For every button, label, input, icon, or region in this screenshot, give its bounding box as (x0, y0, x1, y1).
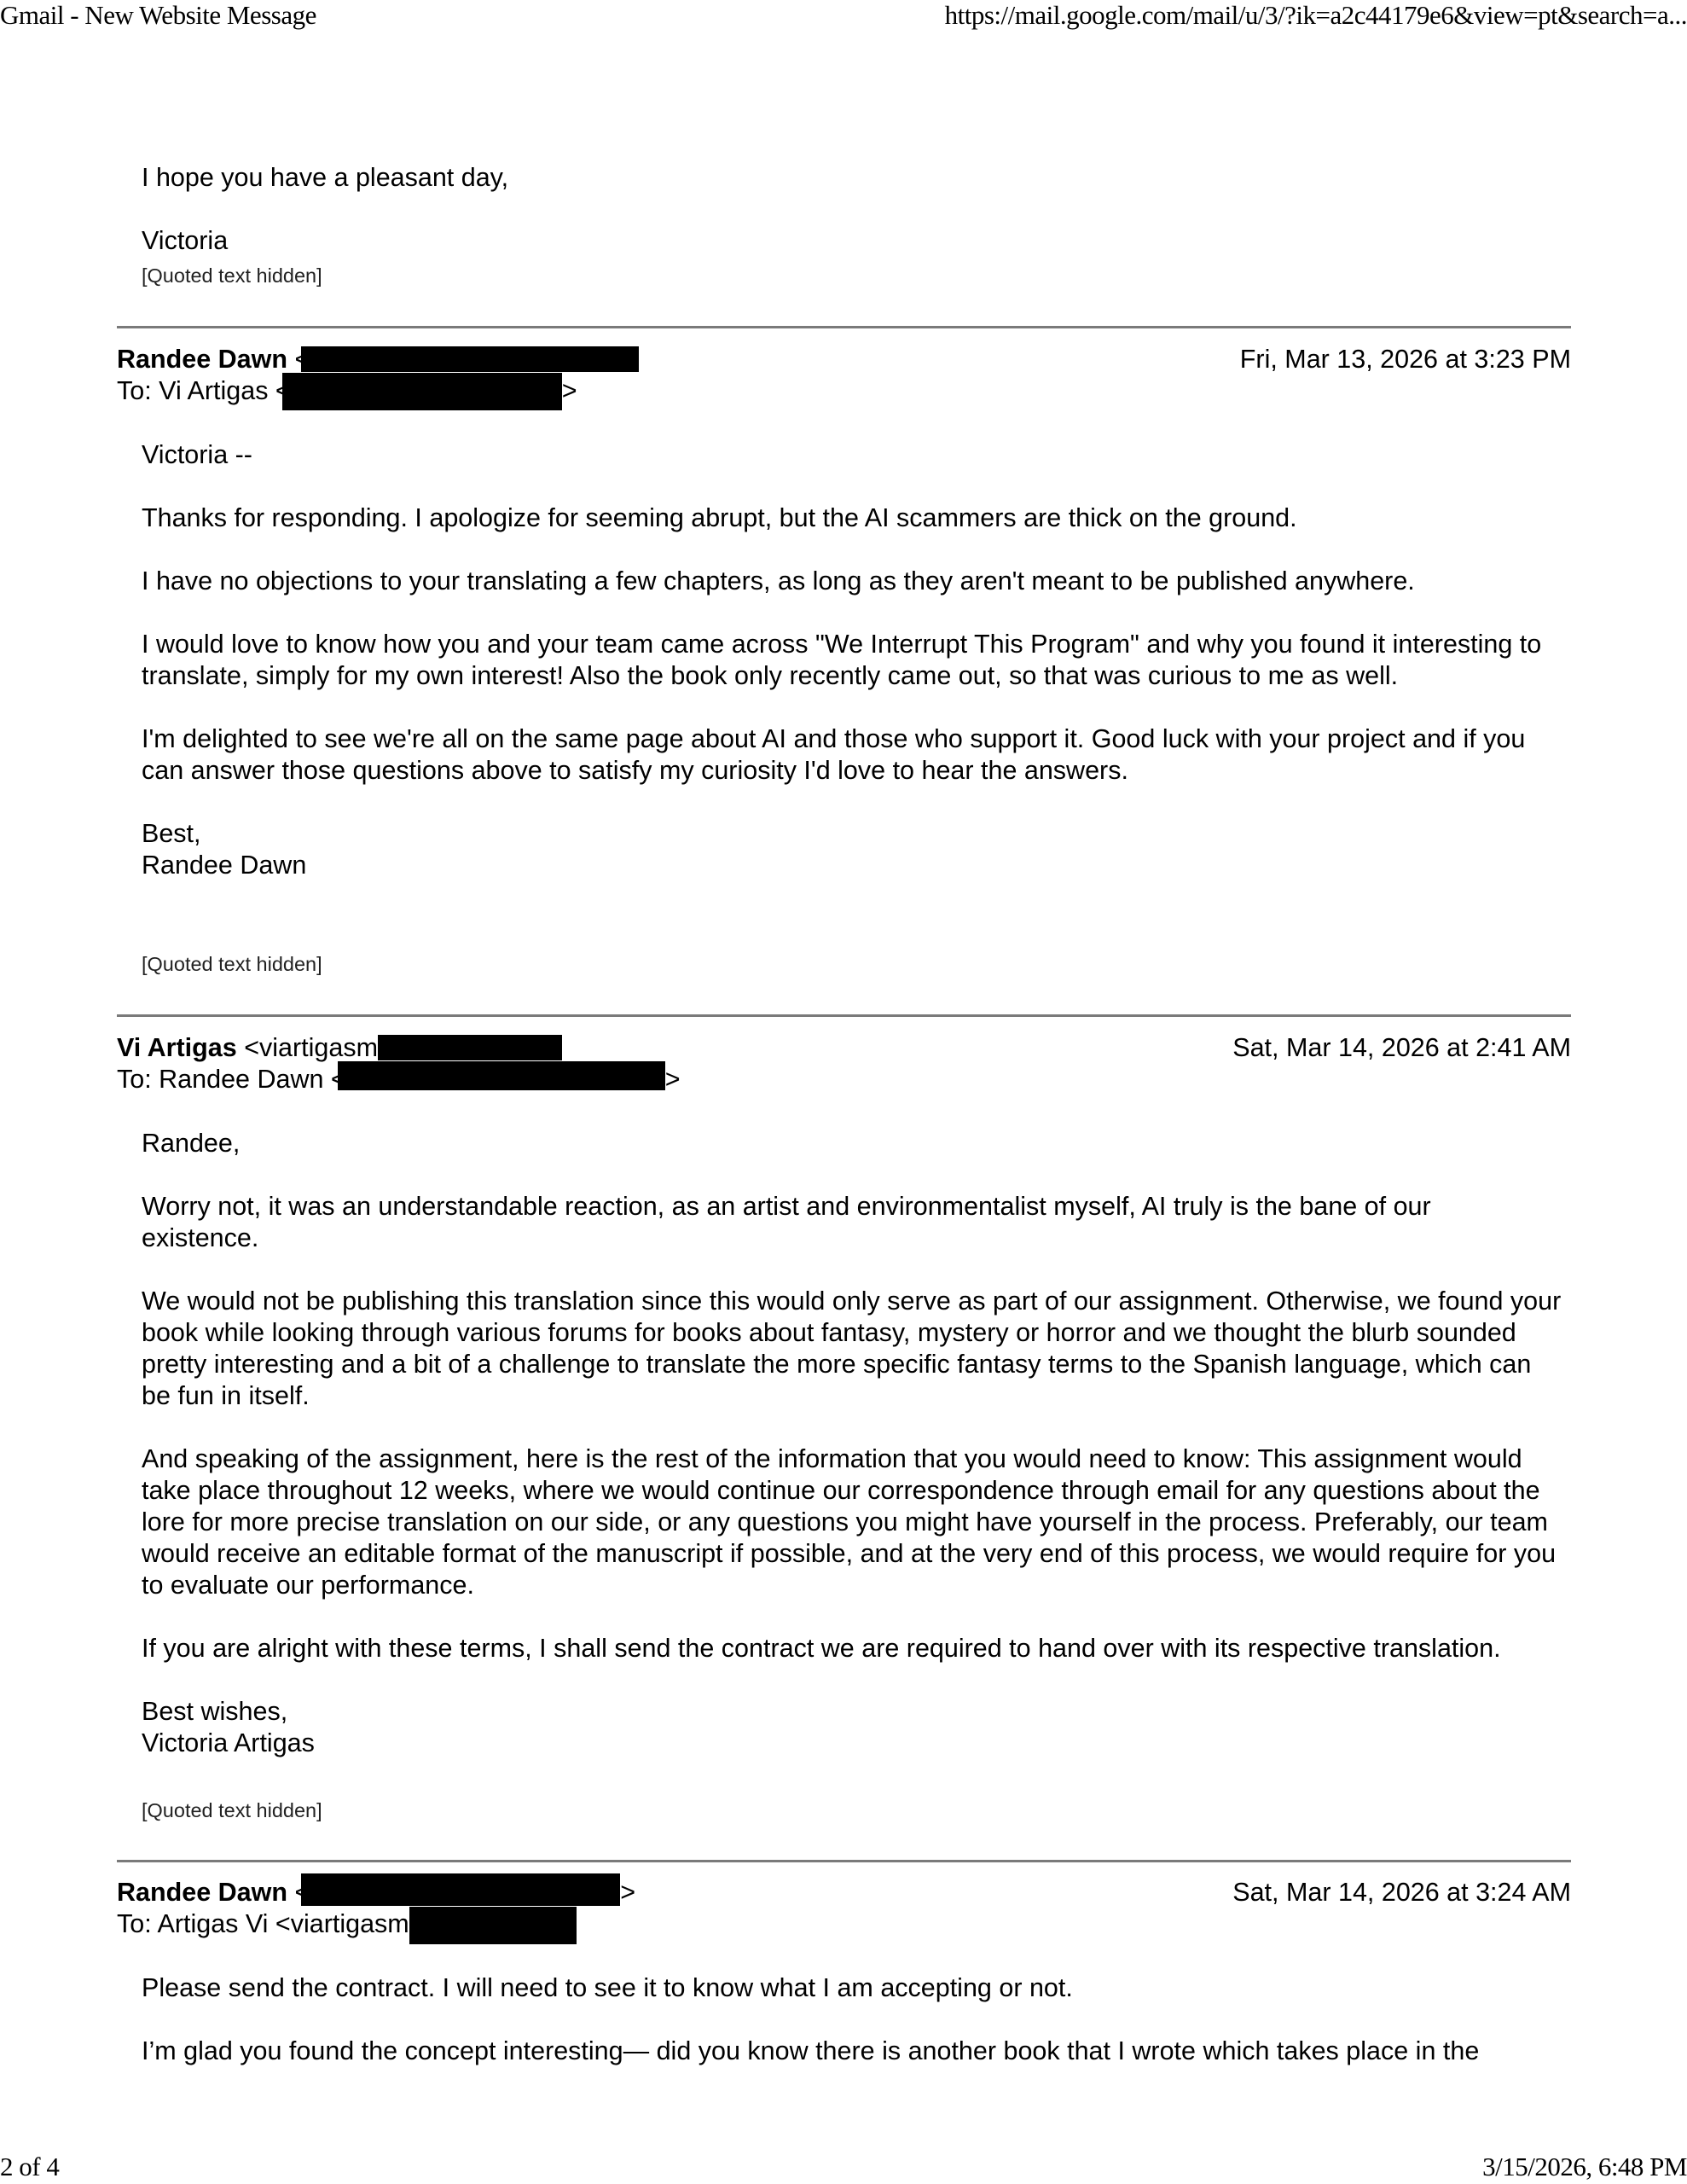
quoted-text-toggle[interactable]: [Quoted text hidden] (142, 264, 322, 288)
sender-name: Randee Dawn (117, 1878, 287, 1907)
body-paragraph: I have no objections to your translating… (142, 566, 1571, 597)
message-body: Victoria -- Thanks for responding. I apo… (142, 439, 1571, 881)
message-header: Vi Artigas <viartigasm Sat, Mar 14, 2026… (117, 1032, 1571, 1095)
redacted-email (282, 373, 562, 410)
signature: Victoria (142, 225, 1571, 257)
recipient: To: Vi Artigas < (117, 376, 291, 405)
sender-email: <viartigasm (244, 1033, 378, 1062)
message-header: Randee Dawn <> Sat, Mar 14, 2026 at 3:24… (117, 1877, 1571, 1940)
message-header: Randee Dawn < Fri, Mar 13, 2026 at 3:23 … (117, 344, 1571, 407)
redacted-email (338, 1061, 665, 1090)
recipient-close: > (562, 376, 577, 405)
quoted-text-toggle[interactable]: [Quoted text hidden] (142, 1798, 322, 1822)
signature: Best wishes, Victoria Artigas (142, 1696, 1571, 1759)
body-paragraph: And speaking of the assignment, here is … (142, 1443, 1557, 1601)
redacted-email (409, 1907, 577, 1944)
body-paragraph: Thanks for responding. I apologize for s… (142, 502, 1571, 534)
print-header: Gmail - New Website Message https://mail… (0, 0, 1687, 34)
body-paragraph: I would love to know how you and your te… (142, 629, 1557, 692)
body-paragraph: Please send the contract. I will need to… (142, 1972, 1571, 2004)
recipient: To: Randee Dawn < (117, 1065, 346, 1094)
message-body: Randee, Worry not, it was an understanda… (142, 1128, 1571, 1759)
message-divider (117, 1860, 1571, 1862)
signature: Best, Randee Dawn (142, 818, 1571, 881)
page-url: https://mail.google.com/mail/u/3/?ik=a2c… (945, 0, 1687, 31)
message-date: Sat, Mar 14, 2026 at 3:24 AM (1232, 1877, 1571, 1908)
previous-message-tail: I hope you have a pleasant day, Victoria (142, 162, 1571, 257)
body-paragraph: We would not be publishing this translat… (142, 1286, 1566, 1412)
redacted-email (301, 1873, 620, 1906)
recipient: To: Artigas Vi <viartigasm (117, 1909, 409, 1938)
message-divider (117, 1014, 1571, 1017)
sender-email-close: > (620, 1878, 635, 1907)
print-timestamp: 3/15/2026, 6:48 PM (1482, 2152, 1687, 2182)
body-paragraph: I'm delighted to see we're all on the sa… (142, 723, 1557, 787)
sender-name: Vi Artigas (117, 1033, 237, 1062)
body-paragraph: If you are alright with these terms, I s… (142, 1633, 1571, 1664)
body-paragraph: Worry not, it was an understandable reac… (142, 1191, 1540, 1254)
message-body: Please send the contract. I will need to… (142, 1972, 1571, 2067)
page-number: 2 of 4 (0, 2152, 59, 2182)
print-footer: 2 of 4 3/15/2026, 6:48 PM (0, 2152, 1687, 2184)
quoted-text-toggle[interactable]: [Quoted text hidden] (142, 952, 322, 976)
redacted-email (378, 1035, 562, 1060)
body-paragraph: Victoria -- (142, 439, 1571, 471)
message-date: Sat, Mar 14, 2026 at 2:41 AM (1232, 1032, 1571, 1064)
page-title: Gmail - New Website Message (0, 0, 316, 31)
message-divider (117, 326, 1571, 328)
body-paragraph: Randee, (142, 1128, 1571, 1159)
body-paragraph: I’m glad you found the concept interesti… (142, 2036, 1571, 2067)
recipient-close: > (665, 1065, 681, 1094)
redacted-email (301, 346, 639, 372)
body-line: I hope you have a pleasant day, (142, 162, 1571, 194)
sender-name: Randee Dawn (117, 345, 287, 374)
message-date: Fri, Mar 13, 2026 at 3:23 PM (1240, 344, 1571, 375)
